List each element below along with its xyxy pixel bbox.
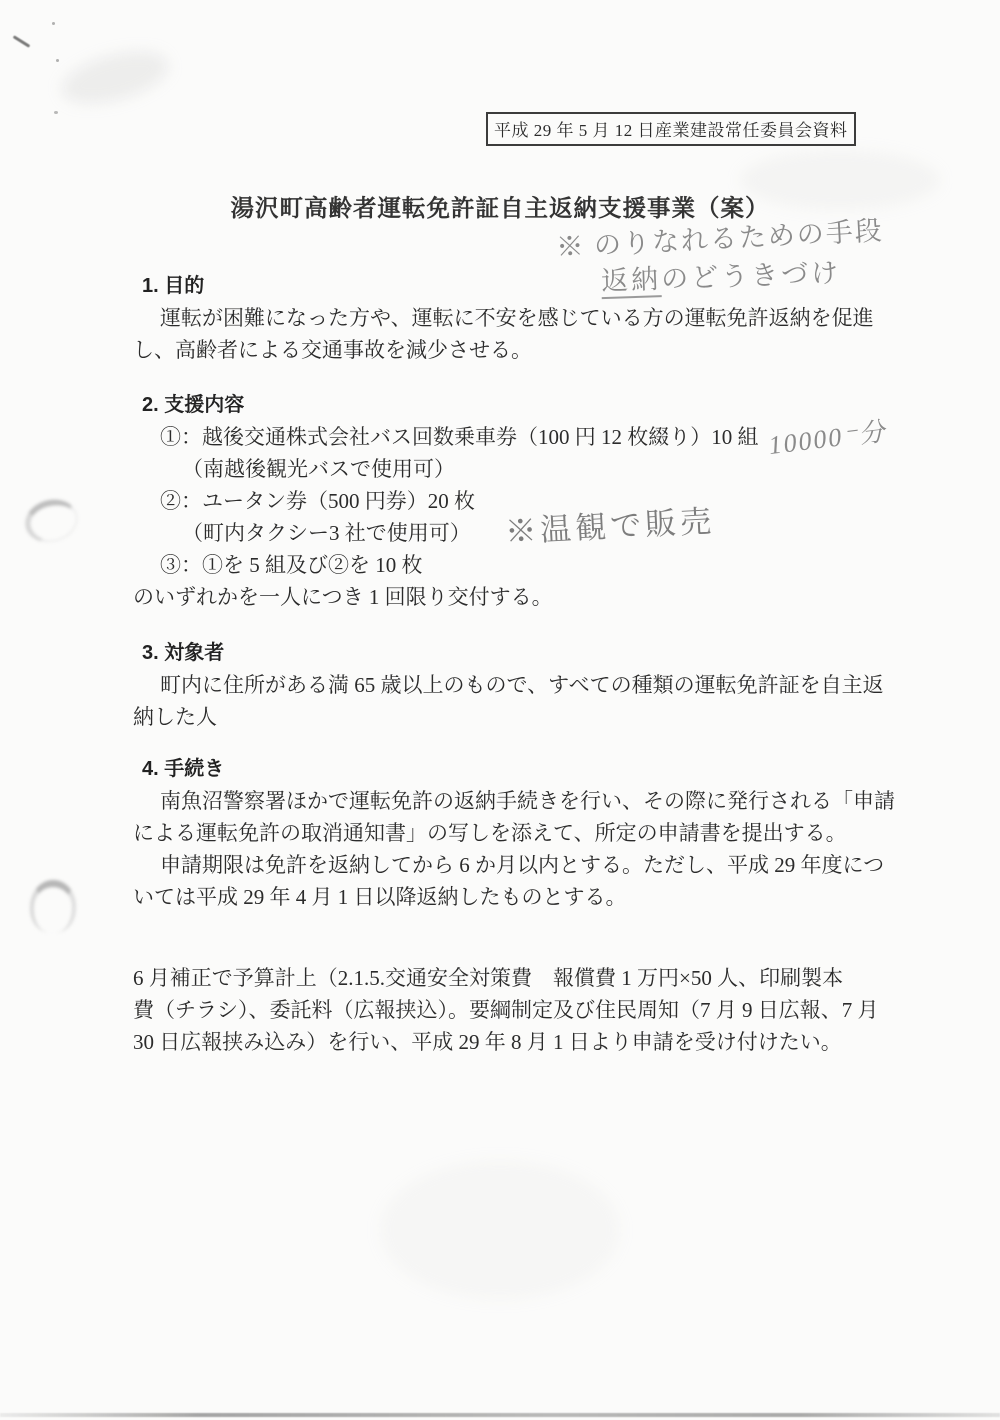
scan-bottom-edge [0, 1413, 1000, 1417]
pencil-mark [13, 35, 31, 48]
body-line: （南越後観光バスで使用可） [133, 453, 908, 485]
body-line: 南魚沼警察署ほかで運転免許の返納手続きを行い、その際に発行される「申請 [133, 785, 908, 817]
body-line: 納した人 [133, 701, 908, 733]
body-line: 30 日広報挟み込み）を行い、平成 29 年 8 月 1 日より申請を受け付けた… [133, 1026, 908, 1058]
committee-header-box: 平成 29 年 5 月 12 日産業建設常任委員会資料 [486, 112, 856, 146]
scan-smudge [380, 1160, 620, 1300]
page-title: 湯沢町高齢者運転免許証自主返納支援事業（案） [0, 189, 1000, 223]
section-support-details: 2. 支援内容 ①：越後交通株式会社バス回数乗車券（100 円 12 枚綴り）1… [133, 389, 908, 613]
body-line: ①：越後交通株式会社バス回数乗車券（100 円 12 枚綴り）10 組 [133, 421, 908, 453]
body-line: ③：①を 5 組及び②を 10 枚 [133, 549, 908, 581]
scan-speck [56, 59, 59, 62]
section-heading: 4. 手続き [142, 753, 908, 785]
body-line: 費（チラシ）、委託料（広報挟込）。要綱制定及び住民周知（7 月 9 日広報、7 … [133, 994, 908, 1026]
body-line: 6 月補正で予算計上（2.1.5.交通安全対策費 報償費 1 万円×50 人、印… [133, 962, 908, 994]
scan-speck [52, 22, 55, 25]
section-heading: 1. 目的 [142, 270, 908, 302]
body-line: ②：ユータン券（500 円券）20 枚 [133, 485, 908, 517]
section-procedure: 4. 手続き 南魚沼警察署ほかで運転免許の返納手続きを行い、その際に発行される「… [133, 753, 908, 913]
section-eligibility: 3. 対象者 町内に住所がある満 65 歳以上のもので、すべての種類の運転免許証… [133, 637, 908, 733]
scan-smudge [56, 42, 174, 114]
body-line: （町内タクシー3 社で使用可） [133, 517, 908, 549]
scan-speck [54, 111, 58, 114]
punch-hole-shadow [21, 494, 83, 548]
body-line: いては平成 29 年 4 月 1 日以降返納したものとする。 [133, 881, 908, 913]
scanned-document-page: { "colors": { "ink": "#2b2b2b", "pencil"… [0, 0, 1000, 1420]
body-line: 申請期限は免許を返納してから 6 か月以内とする。ただし、平成 29 年度につ [133, 849, 908, 881]
body-line: のいずれかを一人につき 1 回限り交付する。 [133, 581, 908, 613]
body-line: 運転が困難になった方や、運転に不安を感じている方の運転免許返納を促進 [133, 302, 908, 334]
section-budget-note: 6 月補正で予算計上（2.1.5.交通安全対策費 報償費 1 万円×50 人、印… [133, 962, 908, 1058]
section-heading: 2. 支援内容 [142, 389, 908, 421]
body-line: し、高齢者による交通事故を減少させる。 [133, 334, 908, 366]
body-line: による運転免許の取消通知書」の写しを添えて、所定の申請書を提出する。 [133, 817, 908, 849]
section-heading: 3. 対象者 [142, 637, 908, 669]
section-purpose: 1. 目的 運転が困難になった方や、運転に不安を感じている方の運転免許返納を促進… [133, 270, 908, 366]
punch-hole-shadow [29, 879, 77, 934]
body-line: 町内に住所がある満 65 歳以上のもので、すべての種類の運転免許証を自主返 [133, 669, 908, 701]
